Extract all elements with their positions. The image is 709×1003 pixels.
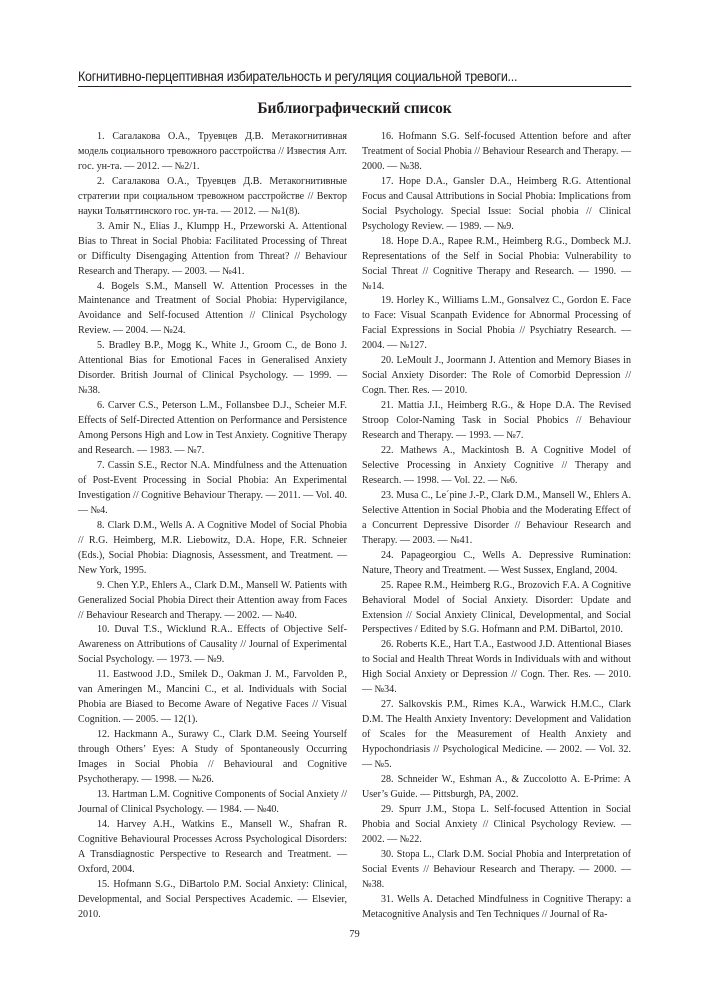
reference-item: 31. Wells A. Detached Mindfulness in Cog… [362, 893, 631, 923]
reference-item: 26. Roberts K.E., Hart T.A., Eastwood J.… [362, 638, 631, 698]
reference-item: 12. Hackmann A., Surawy C., Clark D.M. S… [78, 728, 347, 788]
reference-item: 27. Salkovskis P.M., Rimes K.A., Warwick… [362, 698, 631, 773]
reference-item: 17. Hope D.A., Gansler D.A., Heimberg R.… [362, 175, 631, 235]
reference-item: 23. Musa C., Le´pine J.-P., Clark D.M., … [362, 489, 631, 549]
reference-item: 30. Stopa L., Clark D.M. Social Phobia a… [362, 848, 631, 893]
page-number: 79 [0, 928, 709, 941]
reference-item: 24. Papageorgiou C., Wells A. Depressive… [362, 549, 631, 579]
reference-item: 16. Hofmann S.G. Self-focused Attention … [362, 130, 631, 175]
reference-item: 25. Rapee R.M., Heimberg R.G., Brozovich… [362, 579, 631, 639]
references-column-right: 16. Hofmann S.G. Self-focused Attention … [362, 130, 631, 923]
reference-item: 29. Spurr J.M., Stopa L. Self-focused At… [362, 803, 631, 848]
reference-item: 6. Carver C.S., Peterson L.M., Follansbe… [78, 399, 347, 459]
reference-item: 11. Eastwood J.D., Smilek D., Oakman J. … [78, 668, 347, 728]
reference-item: 18. Hope D.A., Rapee R.M., Heimberg R.G.… [362, 235, 631, 295]
reference-item: 21. Mattia J.I., Heimberg R.G., & Hope D… [362, 399, 631, 444]
reference-item: 20. LeMoult J., Joormann J. Attention an… [362, 354, 631, 399]
reference-item: 19. Horley K., Williams L.M., Gonsalvez … [362, 294, 631, 354]
reference-item: 7. Cassin S.E., Rector N.A. Mindfulness … [78, 459, 347, 519]
reference-item: 28. Schneider W., Eshman A., & Zuccolott… [362, 773, 631, 803]
reference-item: 3. Amir N., Elias J., Klumpp H., Przewor… [78, 220, 347, 280]
reference-item: 14. Harvey A.H., Watkins E., Mansell W.,… [78, 818, 347, 878]
reference-item: 8. Clark D.M., Wells A. A Cognitive Mode… [78, 519, 347, 579]
reference-item: 22. Mathews A., Mackintosh B. A Cognitiv… [362, 444, 631, 489]
running-header: Когнитивно-перцептивная избирательность … [78, 68, 631, 87]
reference-item: 9. Chen Y.P., Ehlers A., Clark D.M., Man… [78, 579, 347, 624]
reference-item: 10. Duval T.S., Wicklund R.A.. Effects o… [78, 623, 347, 668]
reference-item: 5. Bradley B.P., Mogg K., White J., Groo… [78, 339, 347, 399]
reference-item: 15. Hofmann S.G., DiBartolo P.M. Social … [78, 878, 347, 923]
references-column-left: 1. Сагалакова О.А., Труевцев Д.В. Метако… [78, 130, 347, 923]
reference-item: 13. Hartman L.M. Cognitive Components of… [78, 788, 347, 818]
section-title: Библиографический список [0, 100, 709, 118]
reference-item: 2. Сагалакова О.А., Труевцев Д.В. Метако… [78, 175, 347, 220]
reference-item: 4. Bogels S.M., Mansell W. Attention Pro… [78, 280, 347, 340]
reference-item: 1. Сагалакова О.А., Труевцев Д.В. Метако… [78, 130, 347, 175]
